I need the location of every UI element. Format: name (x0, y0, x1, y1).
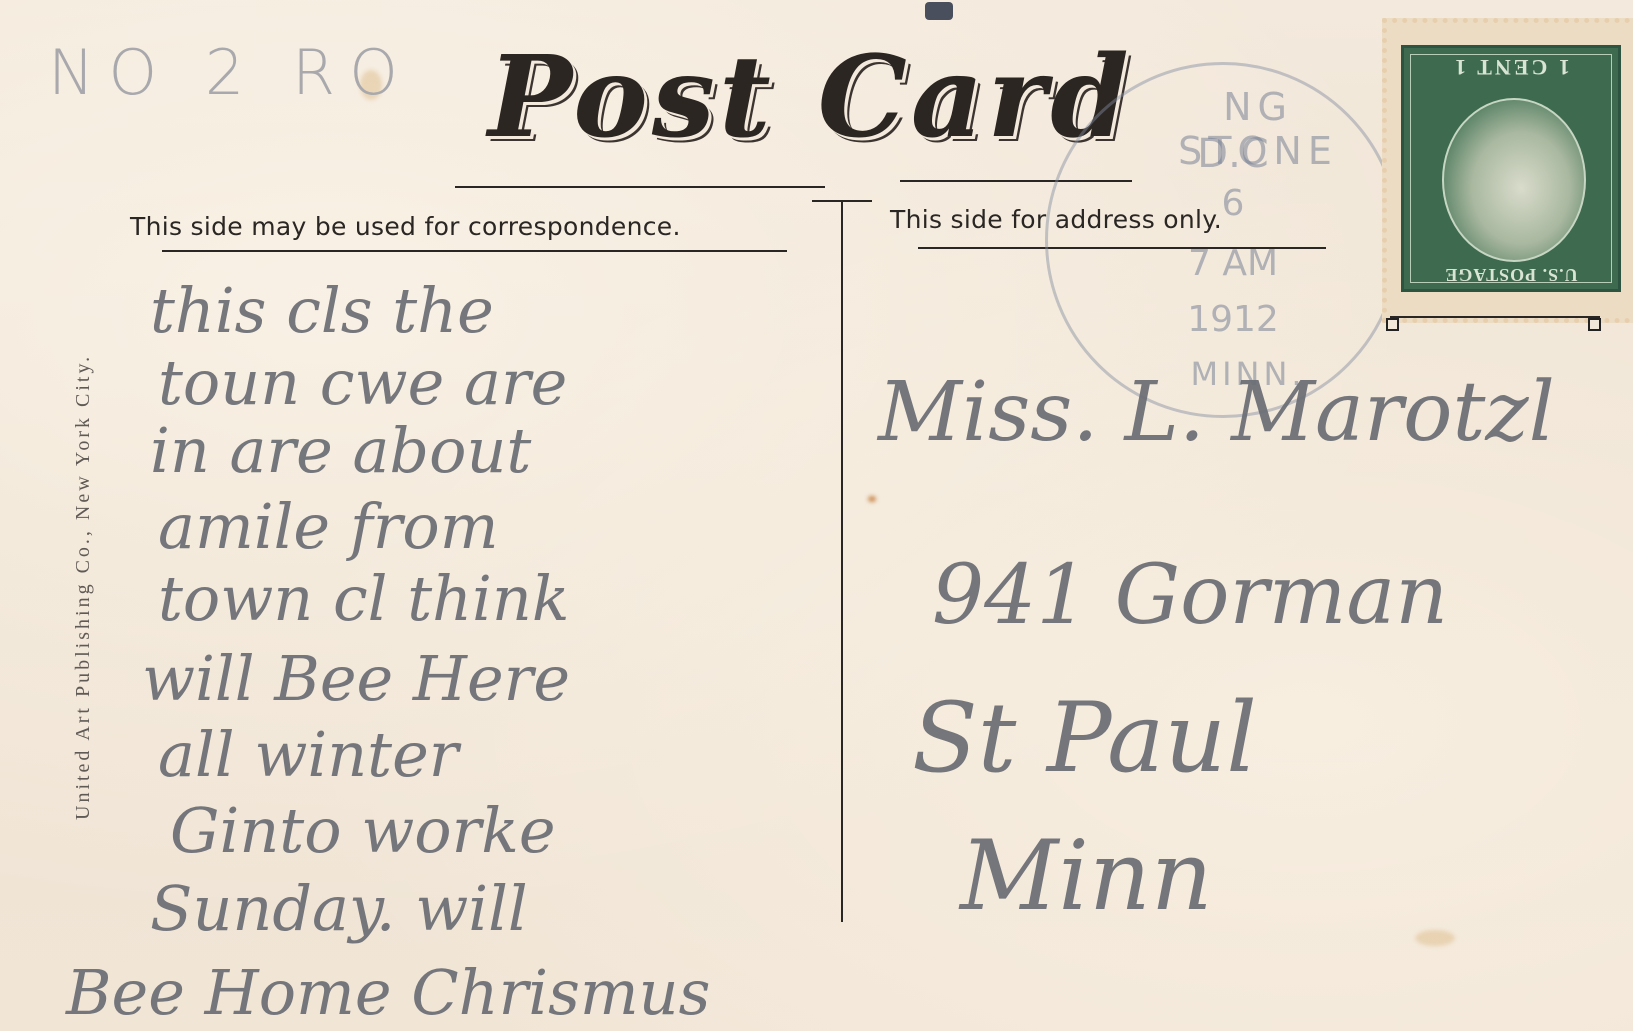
postage-stamp: 1 CENT 1 U.S. POSTAGE (1382, 18, 1633, 323)
message-line: toun cwe are (158, 352, 567, 414)
message-line: this cls the (150, 280, 494, 342)
message-line: in are about (150, 420, 531, 482)
message-line: will Bee Here (142, 648, 570, 710)
ink-blot (925, 2, 953, 20)
center-divider (841, 200, 843, 922)
message-line: town cl think (158, 568, 569, 630)
age-stain (1415, 930, 1455, 946)
message-line: Bee Home Chrismus (66, 962, 710, 1024)
stamp-design: 1 CENT 1 U.S. POSTAGE (1401, 45, 1621, 292)
address-line: 941 Gorman (932, 555, 1448, 637)
stamp-corner-mark (1588, 318, 1601, 331)
publisher-imprint: United Art Publishing Co., New York City… (72, 354, 95, 820)
postmark-day: 6 (1173, 183, 1293, 224)
title-underline-left (455, 186, 825, 188)
postmark-time: 7 AM (1173, 243, 1293, 284)
message-line: Sunday. will (150, 878, 528, 940)
stamp-denomination: 1 CENT 1 (1414, 54, 1608, 80)
stamp-corner-mark (1386, 318, 1399, 331)
address-line: Minn (960, 828, 1213, 924)
address-line: St Paul (912, 690, 1257, 786)
stamp-box-line (1390, 316, 1600, 318)
correspondence-caption: This side may be used for correspondence… (130, 212, 681, 241)
postcard-back: NO 2 RO Post Card This side may be used … (0, 0, 1633, 1031)
message-line: Ginto worke (170, 800, 556, 862)
correspondence-rule (162, 250, 787, 252)
age-stain (868, 496, 876, 502)
postcard-title: Post Card (488, 42, 1133, 154)
postmark-year: 1912 (1173, 299, 1293, 340)
message-line: amile from (158, 496, 499, 558)
message-line: all winter (158, 724, 458, 786)
stamp-portrait (1442, 98, 1586, 262)
postmark-month: D.C (1173, 131, 1293, 177)
stamp-caption: U.S. POSTAGE (1414, 264, 1608, 285)
pencil-note: NO 2 RO (48, 36, 412, 109)
address-line: Miss. L. Marotzl (878, 372, 1555, 454)
